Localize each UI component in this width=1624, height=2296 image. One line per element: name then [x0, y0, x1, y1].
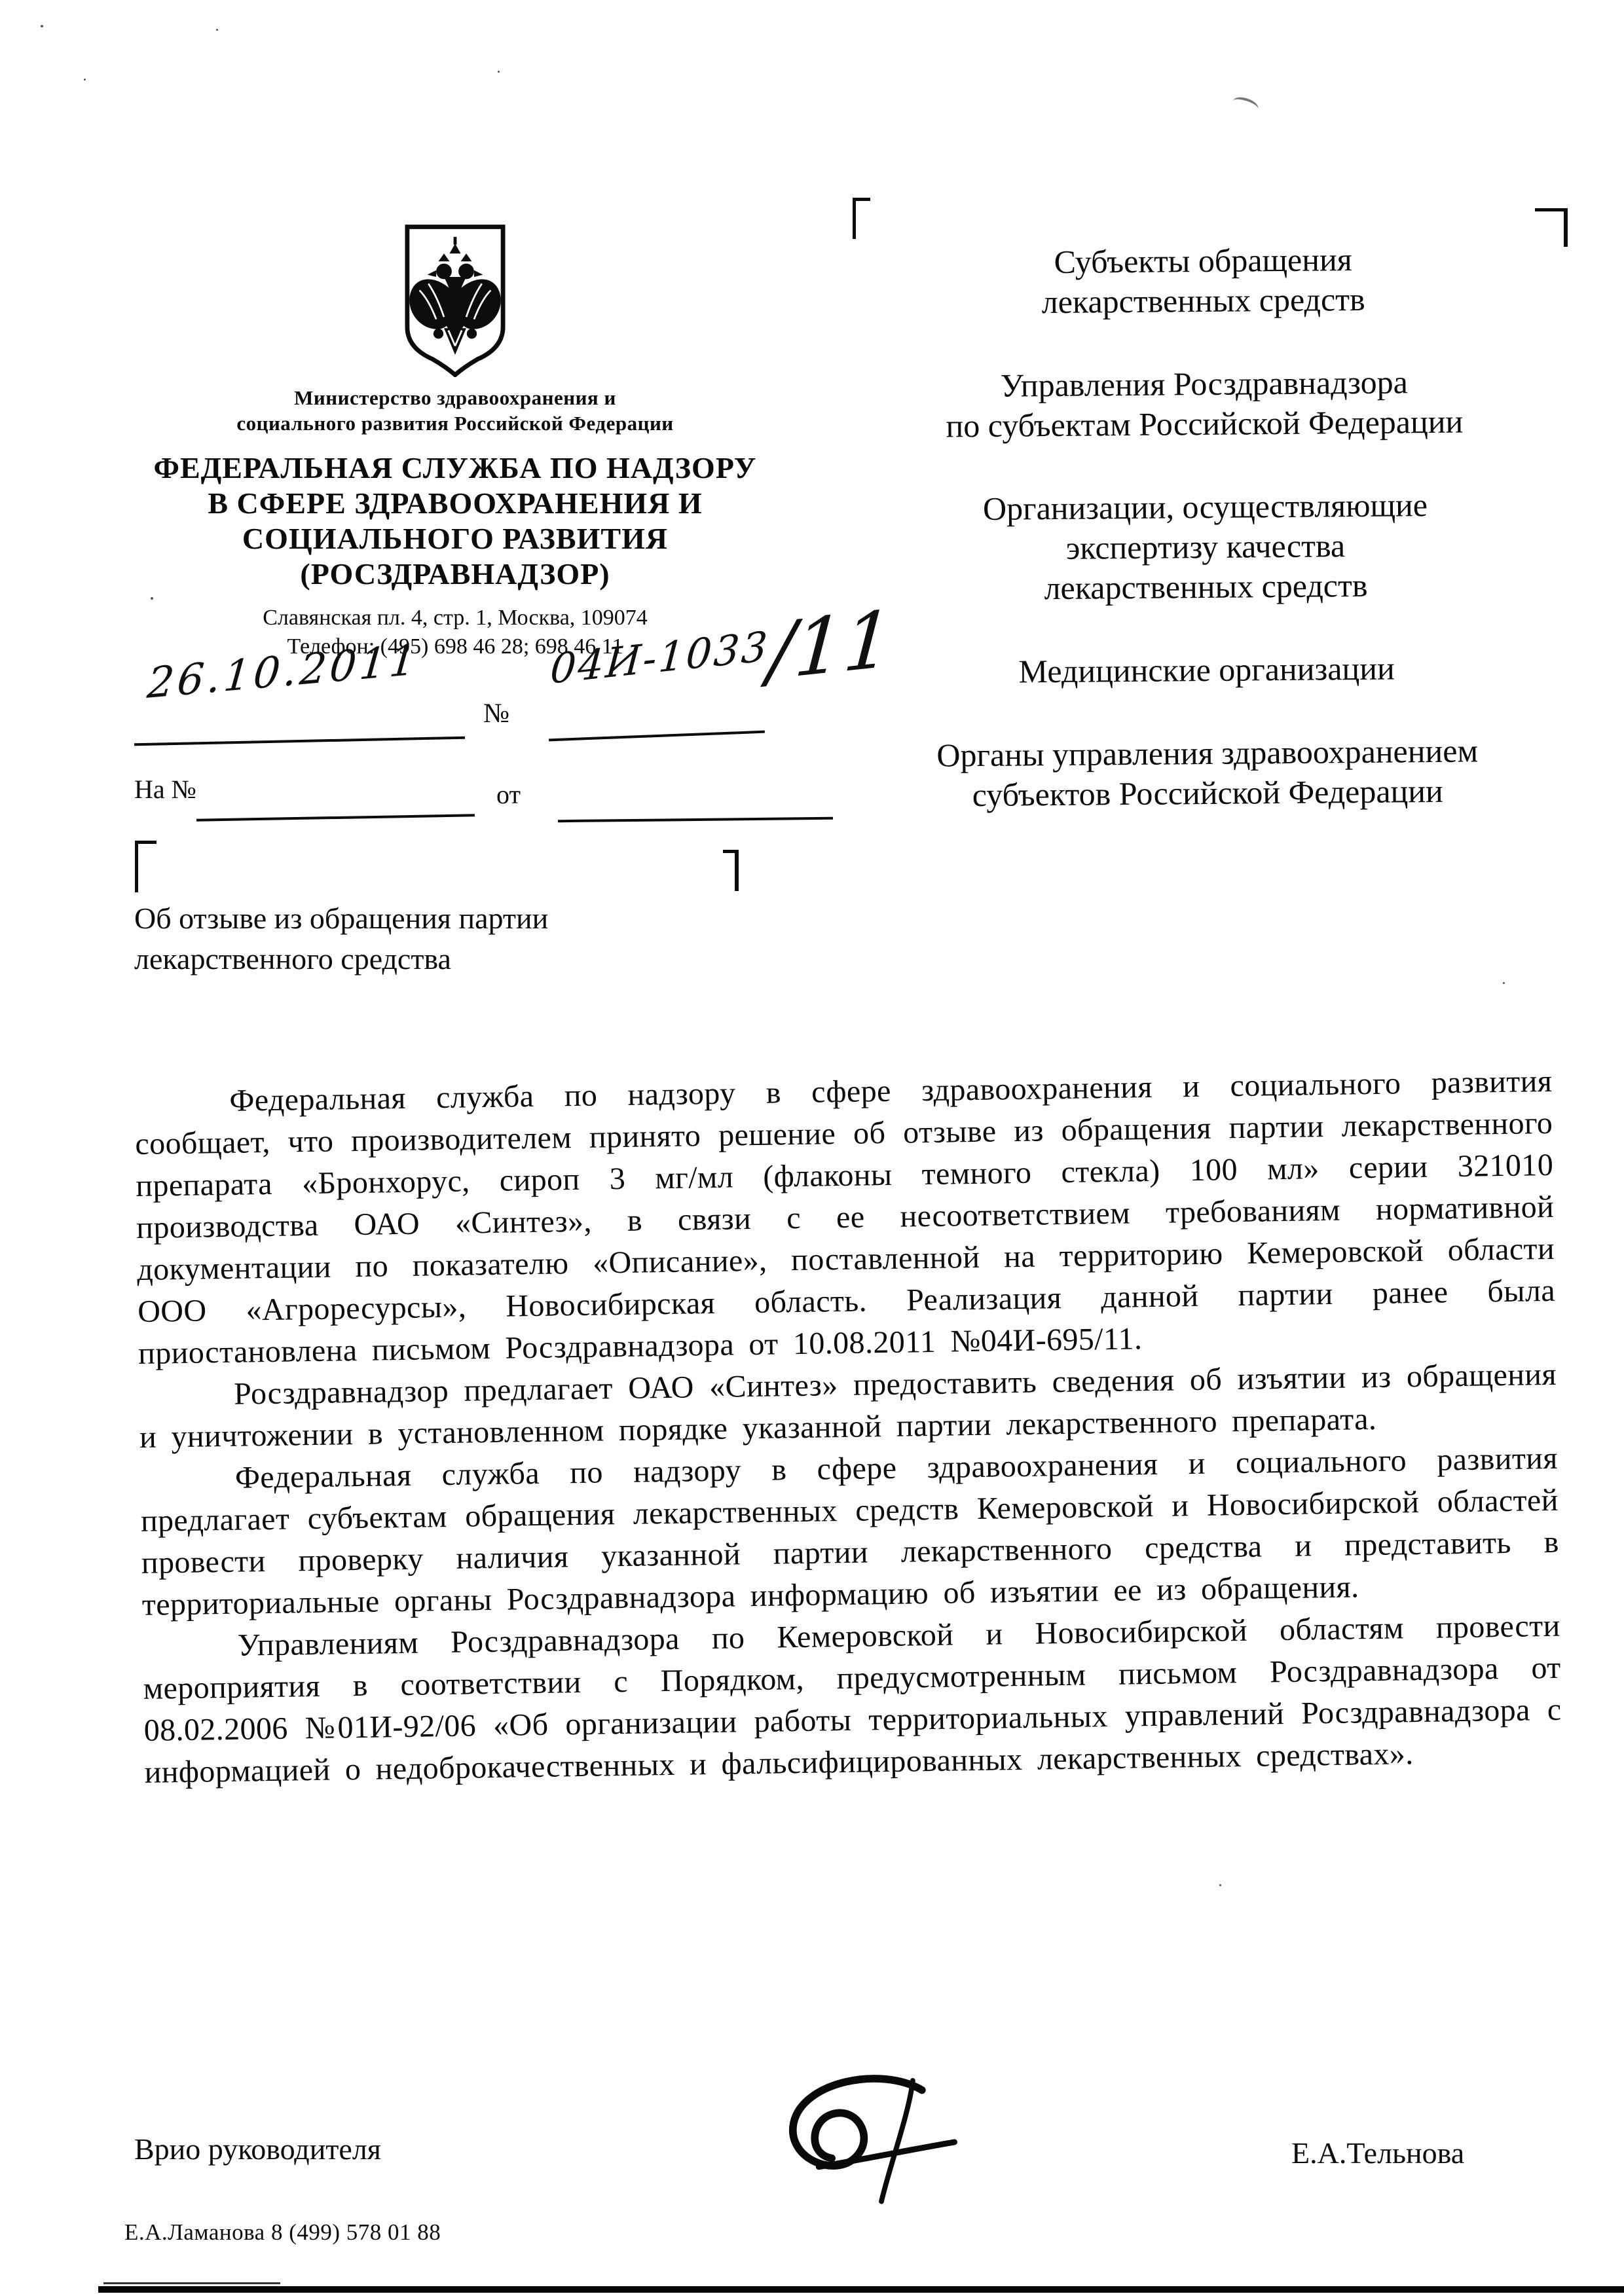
scan-speck: [1503, 982, 1505, 984]
scan-speck: [216, 29, 218, 31]
address-field-corner-left: [853, 198, 870, 239]
subject-line: Об отзыве из обращения партии лекарствен…: [134, 898, 724, 979]
scanned-letter-page: Министерство здравоохранения и социально…: [0, 0, 1624, 2296]
body-paragraph: Управлениям Росздравнадзора по Кемеровск…: [142, 1605, 1562, 1794]
scan-artifact-line: [103, 2282, 280, 2284]
scan-artifact-squiggle: [1231, 94, 1260, 115]
scan-speck: [84, 79, 86, 81]
signer-position-title: Врио руководителя: [134, 2132, 381, 2166]
ministry-name: Министерство здравоохранения и социально…: [131, 385, 779, 436]
coat-of-arms-icon: [399, 221, 511, 377]
addressee-item: Субъекты обращения лекарственных средств: [837, 238, 1570, 324]
reply-to-label: На №: [134, 774, 196, 805]
service-name: ФЕДЕРАЛЬНАЯ СЛУЖБА ПО НАДЗОРУ В СФЕРЕ ЗД…: [131, 450, 779, 592]
body-paragraph: Федеральная служба по надзору в сфере зд…: [134, 1061, 1556, 1375]
reply-number-underline: [196, 814, 475, 821]
reply-from-label: от: [496, 779, 521, 810]
signature-icon: [755, 2067, 967, 2216]
scan-speck: [1219, 1884, 1221, 1886]
addressee-list: Субъекты обращения лекарственных средств…: [837, 238, 1574, 860]
service-address: Славянская пл. 4, стр. 1, Москва, 109074: [131, 604, 779, 632]
number-underline: [549, 731, 765, 742]
subject-field-corner-left: [135, 841, 157, 892]
signer-name: Е.А.Тельнова: [1291, 2136, 1464, 2170]
letter-body: Федеральная служба по надзору в сфере зд…: [134, 1061, 1562, 1794]
addressee-item: Управления Росздравнадзора по субъектам …: [838, 361, 1571, 447]
scan-artifact-bar: [98, 2286, 1624, 2293]
scan-speck: [498, 71, 500, 73]
addressee-item: Организации, осуществляющие экспертизу к…: [839, 484, 1572, 610]
subject-field-corner-right: [723, 850, 739, 891]
addressee-item: Органы управления здравоохранением субъе…: [841, 730, 1574, 816]
scan-speck: [41, 25, 43, 27]
reply-date-underline: [558, 817, 833, 822]
scan-speck: [151, 597, 153, 600]
date-underline: [134, 737, 465, 746]
addressee-item: Медицинские организации: [840, 647, 1572, 693]
executor-contact: Е.А.Ламанова 8 (499) 578 01 88: [124, 2219, 441, 2246]
number-sign-label: №: [483, 698, 509, 729]
letterhead: Министерство здравоохранения и социально…: [131, 221, 779, 661]
body-paragraph: Федеральная служба по надзору в сфере зд…: [140, 1438, 1560, 1626]
